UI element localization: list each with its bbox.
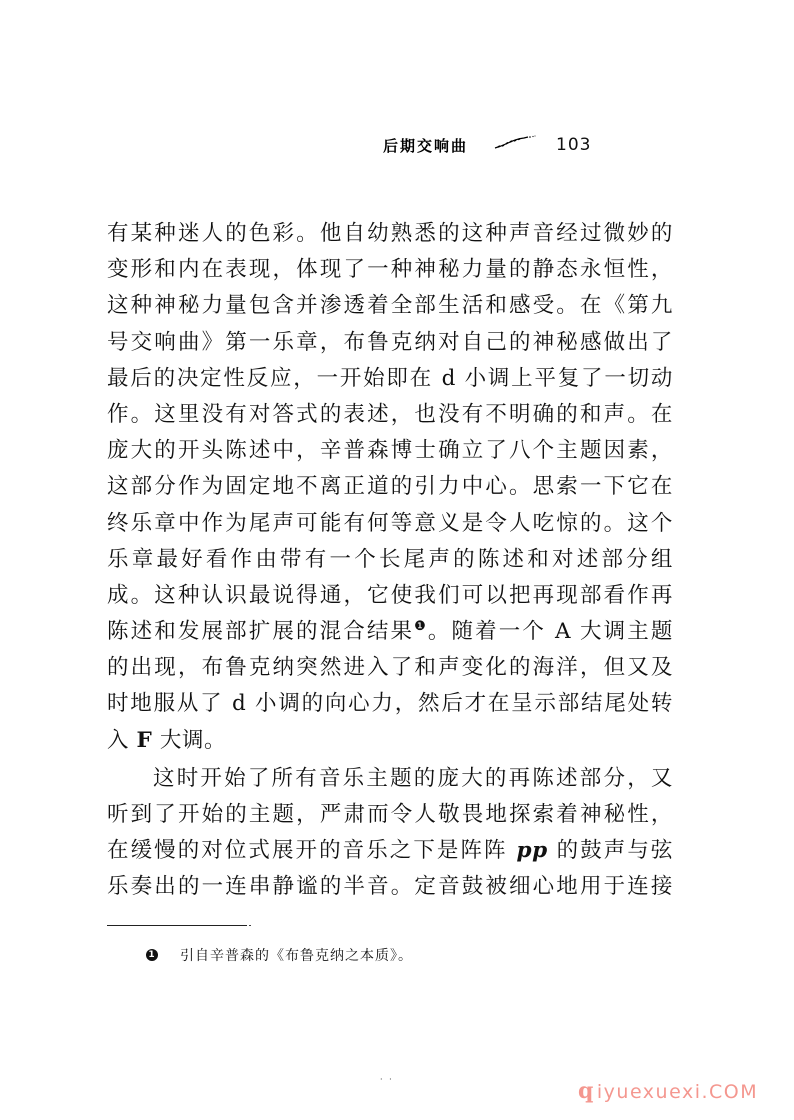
scan-artifact: · · bbox=[380, 1075, 394, 1084]
text-line: 这种神秘力量包含并渗透着全部生活和感受。在《第九 bbox=[107, 288, 673, 324]
running-header: 后期交响曲 103 bbox=[383, 133, 591, 157]
text-line: 变形和内在表现，体现了一种神秘力量的静态永恒性， bbox=[107, 252, 673, 288]
text-span: 陈述和发展部扩展的混合结果 bbox=[107, 619, 414, 644]
text-line: 这部分作为固定地不离正道的引力中心。思索一下它在 bbox=[107, 469, 673, 505]
text-line: 乐奏出的一连串静谧的半音。定音鼓被细心地用于连接 bbox=[107, 869, 673, 905]
paragraph: 有某种迷人的色彩。他自幼熟悉的这种声音经过微妙的 变形和内在表现，体现了一种神秘… bbox=[107, 216, 673, 759]
text-line: 有某种迷人的色彩。他自幼熟悉的这种声音经过微妙的 bbox=[107, 216, 673, 252]
watermark-logo-q: q bbox=[578, 1078, 595, 1104]
body-text: 有某种迷人的色彩。他自幼熟悉的这种声音经过微妙的 变形和内在表现，体现了一种神秘… bbox=[107, 216, 673, 906]
text-line: 的出现，布鲁克纳突然进入了和声变化的海洋，但又及 bbox=[107, 650, 673, 686]
dynamic-marking: pp bbox=[516, 838, 547, 863]
text-line: 号交响曲》第一乐章，布鲁克纳对自己的神秘感做出了 bbox=[107, 325, 673, 361]
text-span: 。随着一个 A 大调主题 bbox=[428, 619, 673, 644]
text-line: 入 F 大调。 bbox=[107, 723, 673, 759]
text-span: 在缓慢的对位式展开的音乐之下是阵阵 bbox=[107, 838, 516, 863]
text-line: 终乐章中作为尾声可能有何等意义是令人吃惊的。这个 bbox=[107, 506, 673, 542]
text-line: 庞大的开头陈述中，辛普森博士确立了八个主题因素， bbox=[107, 433, 673, 469]
text-line: 陈述和发展部扩展的混合结果❶。随着一个 A 大调主题 bbox=[107, 614, 673, 650]
text-line: 时地服从了 d 小调的向心力，然后才在呈示部结尾处转 bbox=[107, 686, 673, 722]
text-span: 入 bbox=[107, 728, 137, 753]
text-line: 在缓慢的对位式展开的音乐之下是阵阵 pp 的鼓声与弦 bbox=[107, 833, 673, 869]
flourish-ornament-icon bbox=[494, 135, 536, 149]
watermark-text: iyuexuexi.COM bbox=[597, 1081, 758, 1103]
footnote-marker-icon: 1 bbox=[146, 949, 158, 961]
text-line: 作。这里没有对答式的表述，也没有不明确的和声。在 bbox=[107, 397, 673, 433]
text-line: 最后的决定性反应，一开始即在 d 小调上平复了一切动 bbox=[107, 361, 673, 397]
paragraph: 这时开始了所有音乐主题的庞大的再陈述部分，又 听到了开始的主题，严肃而令人敬畏地… bbox=[107, 761, 673, 906]
footnote: 1 引自辛普森的《布鲁克纳之本质》。 bbox=[146, 945, 413, 965]
chapter-title: 后期交响曲 bbox=[383, 135, 468, 156]
watermark: qiyuexuexi.COM bbox=[578, 1078, 758, 1104]
musical-key: F bbox=[137, 728, 153, 753]
footnote-text: 引自辛普森的《布鲁克纳之本质》。 bbox=[180, 945, 413, 965]
footnote-divider bbox=[107, 925, 247, 926]
text-line: 成。这种认识最说得通，它使我们可以把再现部看作再 bbox=[107, 578, 673, 614]
text-line: 乐章最好看作由带有一个长尾声的陈述和对述部分组 bbox=[107, 542, 673, 578]
divider-artifact bbox=[249, 925, 251, 926]
page-number: 103 bbox=[556, 135, 591, 155]
text-line: 这时开始了所有音乐主题的庞大的再陈述部分，又 bbox=[107, 761, 673, 797]
text-span: 大调。 bbox=[152, 728, 226, 753]
footnote-reference[interactable]: ❶ bbox=[414, 619, 428, 634]
text-line: 听到了开始的主题，严肃而令人敬畏地探索着神秘性， bbox=[107, 797, 673, 833]
text-span: 的鼓声与弦 bbox=[548, 838, 673, 863]
